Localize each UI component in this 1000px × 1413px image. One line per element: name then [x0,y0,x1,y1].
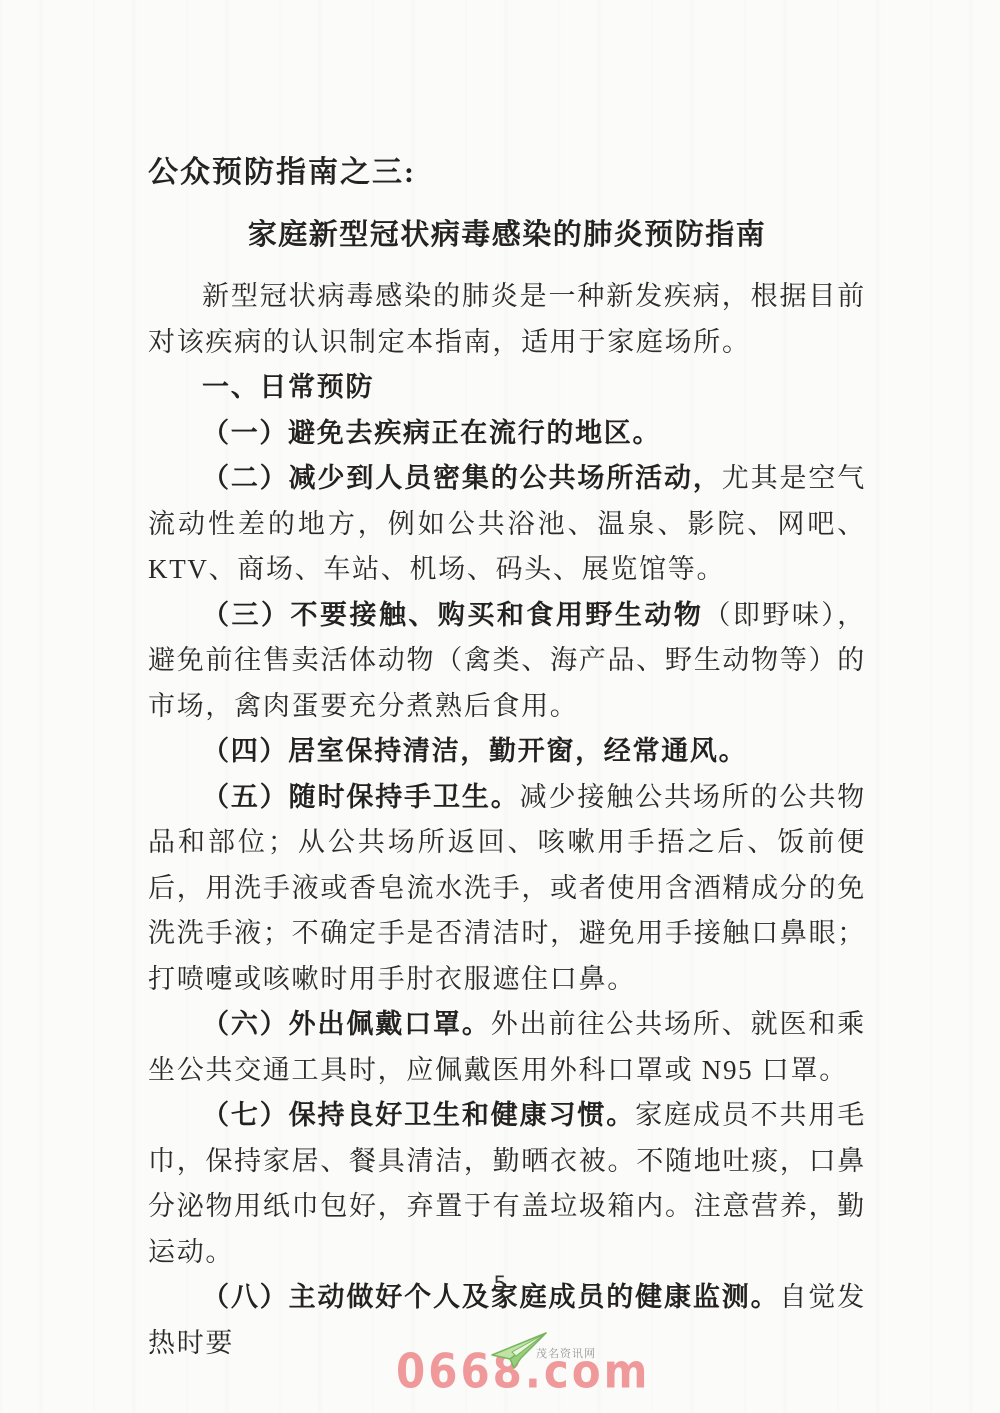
site-watermark: 0668.com 茂名资讯网 [396,1330,626,1405]
list-item-2-bold: （二）减少到人员密集的公共场所活动， [202,463,722,493]
list-item-5-text: 减少接触公共场所的公共物品和部位；从公共场所返回、咳嗽用手捂之后、饭前便后，用洗… [148,782,866,994]
list-item-1-bold: （一）避免去疾病正在流行的地区。 [202,418,661,448]
list-item-3: （三）不要接触、购买和食用野生动物（即野味），避免前往售卖活体动物（禽类、海产品… [148,593,866,730]
list-item-7: （七）保持良好卫生和健康习惯。家庭成员不共用毛巾，保持家居、餐具清洁，勤晒衣被。… [148,1093,866,1275]
watermark-site-name: 茂名资讯网 [536,1345,596,1361]
list-item-4: （四）居室保持清洁，勤开窗，经常通风。 [148,729,866,775]
intro-paragraph: 新型冠状病毒感染的肺炎是一种新发疾病，根据目前对该疾病的认识制定本指南，适用于家… [148,274,866,365]
list-item-2: （二）减少到人员密集的公共场所活动，尤其是空气流动性差的地方，例如公共浴池、温泉… [148,456,866,593]
list-item-3-bold: （三）不要接触、购买和食用野生动物 [202,600,703,630]
list-item-5: （五）随时保持手卫生。减少接触公共场所的公共物品和部位；从公共场所返回、咳嗽用手… [148,775,866,1003]
list-item-7-bold: （七）保持良好卫生和健康习惯。 [202,1100,635,1130]
document-header-line: 公众预防指南之三: [148,150,866,196]
page-number: 5 [0,1272,1000,1296]
list-item-6: （六）外出佩戴口罩。外出前往公共场所、就医和乘坐公共交通工具时，应佩戴医用外科口… [148,1002,866,1093]
section-heading-daily-prevention: 一、日常预防 [148,365,866,411]
scanned-document-page: { "doc": { "header_line": "公众预防指南之三:", "… [0,0,1000,1413]
list-item-6-bold: （六）外出佩戴口罩。 [202,1009,491,1039]
document-title: 家庭新型冠状病毒感染的肺炎预防指南 [148,212,866,258]
list-item-4-bold: （四）居室保持清洁，勤开窗，经常通风。 [202,736,747,766]
document-page: 公众预防指南之三: 家庭新型冠状病毒感染的肺炎预防指南 新型冠状病毒感染的肺炎是… [0,0,1000,1413]
document-content: 公众预防指南之三: 家庭新型冠状病毒感染的肺炎预防指南 新型冠状病毒感染的肺炎是… [148,150,866,1366]
list-item-1: （一）避免去疾病正在流行的地区。 [148,411,866,457]
list-item-5-bold: （五）随时保持手卫生。 [202,782,520,812]
